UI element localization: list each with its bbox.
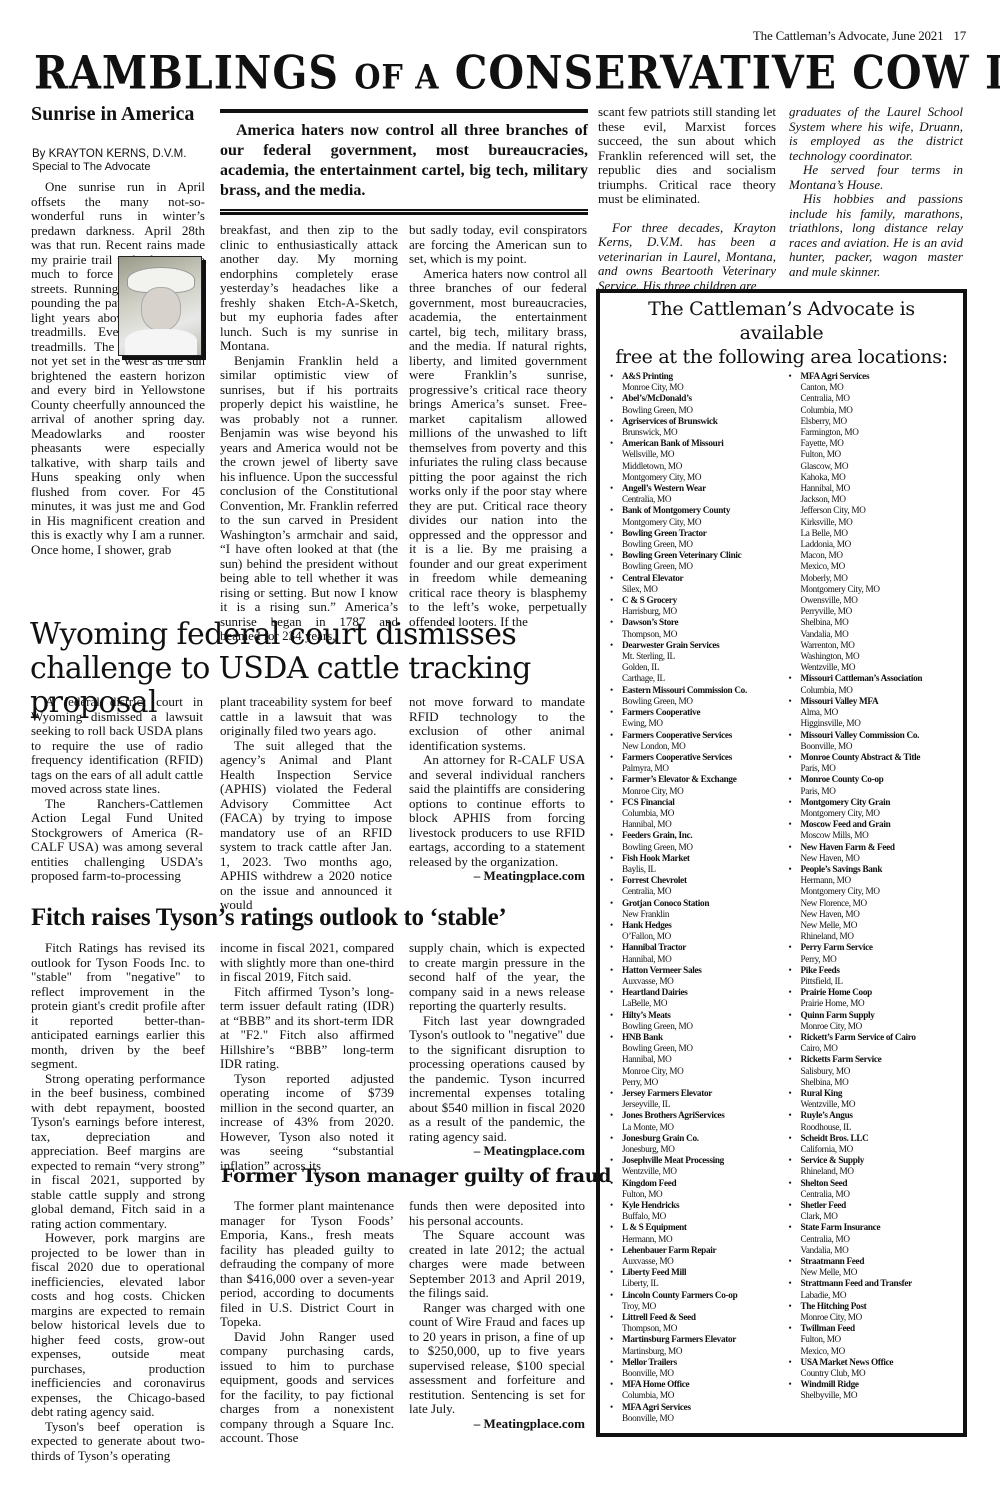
page-number: 17	[953, 28, 966, 43]
location-city: Troy, MO	[622, 1301, 777, 1312]
location-city: Thompson, MO	[622, 629, 777, 640]
location-name: Missouri Valley MFA	[801, 696, 956, 707]
location-name: Kyle Hendricks	[622, 1200, 777, 1211]
face-shape	[141, 287, 181, 331]
location-name: Forrest Chevrolet	[622, 875, 777, 886]
location-item: Angell’s Western WearCentralia, MO	[608, 483, 777, 505]
location-city: Wellsville, MO	[622, 449, 777, 460]
double-rule	[220, 209, 588, 215]
pull-quote-text: America haters now control all three bra…	[220, 121, 588, 201]
location-name: Ruyle’s Angus	[801, 1110, 956, 1121]
location-name: Jones Brothers AgriServices	[622, 1110, 777, 1121]
paragraph: His hobbies and passions include his fam…	[789, 192, 963, 279]
location-city: Buffalo, MO	[622, 1211, 777, 1222]
location-name: Bowling Green Tractor	[622, 528, 777, 539]
pull-quote: America haters now control all three bra…	[220, 109, 588, 215]
paragraph: Fitch Ratings has revised its outlook fo…	[31, 941, 205, 1072]
location-item: Hank HedgesO’Fallon, MO	[608, 920, 777, 942]
article-title: Sunrise in America	[31, 103, 194, 126]
location-name: Hannibal Tractor	[622, 942, 777, 953]
paragraph: graduates of the Laurel School System wh…	[789, 105, 963, 163]
location-city: Boonville, MO	[622, 1368, 777, 1379]
masthead-word: Cow	[852, 46, 969, 100]
location-city: Rhineland, MO	[801, 931, 956, 942]
location-item: Jersey Farmers ElevatorJerseyville, IL	[608, 1088, 777, 1110]
location-city: Boonville, MO	[801, 741, 956, 752]
article-credit: – Meatingplace.com	[409, 869, 585, 884]
location-item: Farmers Cooperative ServicesPalmyra, MO	[608, 752, 777, 774]
location-city: Bowling Green, MO	[622, 842, 777, 853]
location-item: Jones Brothers AgriServicesLa Monte, MO	[608, 1110, 777, 1132]
column-text-2: breakfast, and then zip to the clinic to…	[220, 223, 398, 644]
location-city: Wentzville, MO	[622, 1166, 777, 1177]
location-name: Liberty Feed Mill	[622, 1267, 777, 1278]
location-city: Monroe City, MO	[801, 1312, 956, 1323]
article-column: plant traceability system for beef cattl…	[220, 695, 392, 913]
location-city: Columbia, MO	[622, 808, 777, 819]
location-name: Central Elevator	[622, 573, 777, 584]
article-column: Fitch Ratings has revised its outlook fo…	[31, 941, 205, 1463]
location-city: Montgomery City, MO	[801, 584, 956, 595]
location-name: Kingdom Feed	[622, 1178, 777, 1189]
location-name: MFA Agri Services	[801, 371, 956, 382]
location-city: Columbia, MO	[801, 685, 956, 696]
location-name: Rural King	[801, 1088, 956, 1099]
column-text-1: One sunrise run in April offsets the man…	[31, 180, 205, 557]
location-name: Farmers Cooperative Services	[622, 752, 777, 763]
location-city: Ewing, MO	[622, 718, 777, 729]
location-item: Twillman FeedFulton, MOMexico, MO	[787, 1323, 956, 1357]
location-city: Monroe City, MO	[622, 1066, 777, 1077]
paragraph: Benjamin Franklin held a similar optimis…	[220, 354, 398, 644]
location-city: Silex, MO	[622, 584, 777, 595]
location-item: Straatmann FeedNew Melle, MO	[787, 1256, 956, 1278]
location-name: Prairie Home Coop	[801, 987, 956, 998]
location-city: Jonesburg, MO	[622, 1144, 777, 1155]
location-item: Jonesburg Grain Co.Jonesburg, MO	[608, 1133, 777, 1155]
location-item: MFA Home OfficeColumbia, MO	[608, 1379, 777, 1401]
shirt-shape	[125, 329, 197, 356]
column-text-4: scant few patriots still standing let th…	[598, 105, 776, 293]
locations-box: The Cattleman’s Advocate is available fr…	[596, 289, 967, 1437]
location-name: Windmill Ridge	[801, 1379, 956, 1390]
location-city: Bowling Green, MO	[622, 1021, 777, 1032]
location-city: New London, MO	[622, 741, 777, 752]
location-city: Fayette, MO	[801, 438, 956, 449]
paragraph: Tyson's beef operation is expected to ge…	[31, 1420, 205, 1464]
location-item: Lehenbauer Farm RepairAuxvasse, MO	[608, 1245, 777, 1267]
location-city: Jerseyville, IL	[622, 1099, 777, 1110]
location-city: Hannibal, MO	[801, 483, 956, 494]
article-column: A federal district court in Wyoming dism…	[31, 695, 203, 884]
location-name: Bowling Green Veterinary Clinic	[622, 550, 777, 561]
location-name: Missouri Cattleman’s Association	[801, 673, 956, 684]
location-city: Warrenton, MO	[801, 640, 956, 651]
paragraph: scant few patriots still standing let th…	[598, 105, 776, 207]
location-city: O’Fallon, MO	[622, 931, 777, 942]
location-item: Farmers CooperativeEwing, MO	[608, 707, 777, 729]
location-name: A&S Printing	[622, 371, 777, 382]
location-name: Jonesburg Grain Co.	[622, 1133, 777, 1144]
location-name: Angell’s Western Wear	[622, 483, 777, 494]
paragraph: but sadly today, evil conspirators are f…	[409, 223, 587, 267]
location-item: Agriservices of BrunswickBrunswick, MO	[608, 416, 777, 438]
location-item: Josephville Meat ProcessingWentzville, M…	[608, 1155, 777, 1177]
location-name: Feeders Grain, Inc.	[622, 830, 777, 841]
paragraph: Ranger was charged with one count of Wir…	[409, 1301, 585, 1417]
locations-title-line2: free at the following area locations:	[615, 346, 948, 368]
location-city: Auxvasse, MO	[622, 976, 777, 987]
location-name: New Haven Farm & Feed	[801, 842, 956, 853]
location-city: Fulton, MO	[801, 449, 956, 460]
paragraph: David John Ranger used company purchasin…	[220, 1330, 394, 1446]
location-name: Perry Farm Service	[801, 942, 956, 953]
location-name: Littrell Feed & Seed	[622, 1312, 777, 1323]
location-city: New Melle, MO	[801, 1267, 956, 1278]
location-item: Eastern Missouri Commission Co.Bowling G…	[608, 685, 777, 707]
location-city: Perryville, MO	[801, 606, 956, 617]
location-name: Fish Hook Market	[622, 853, 777, 864]
location-city: Boonville, MO	[622, 1413, 777, 1424]
author-bio-continued: graduates of the Laurel School System wh…	[789, 105, 963, 279]
location-item: Kingdom FeedFulton, MO	[608, 1178, 777, 1200]
location-item: Missouri Valley Commission Co.Boonville,…	[787, 730, 956, 752]
location-city: Country Club, MO	[801, 1368, 956, 1379]
location-city: Shelbina, MO	[801, 617, 956, 628]
location-city: La Belle, MO	[801, 528, 956, 539]
location-name: Mellor Trailers	[622, 1357, 777, 1368]
location-item: State Farm InsuranceCentralia, MOVandali…	[787, 1222, 956, 1256]
location-city: Alma, MO	[801, 707, 956, 718]
location-item: Bank of Montgomery CountyMontgomery City…	[608, 505, 777, 527]
location-name: Dawson’s Store	[622, 617, 777, 628]
location-city: Owensville, MO	[801, 595, 956, 606]
location-city: Centralia, MO	[801, 393, 956, 404]
location-city: Montgomery City, MO	[801, 808, 956, 819]
location-name: Lehenbauer Farm Repair	[622, 1245, 777, 1256]
location-city: Hannibal, MO	[622, 1054, 777, 1065]
location-city: Golden, IL	[622, 662, 777, 673]
location-item: C & S GroceryHarrisburg, MO	[608, 595, 777, 617]
location-item: Dearwester Grain ServicesMt. Sterling, I…	[608, 640, 777, 685]
location-city: Vandalia, MO	[801, 629, 956, 640]
location-name: Strattmann Feed and Transfer	[801, 1278, 956, 1289]
location-item: A&S PrintingMonroe City, MO	[608, 371, 777, 393]
masthead: Ramblings of a Conservative Cow Doctor	[34, 48, 946, 103]
location-city: Fulton, MO	[801, 1334, 956, 1345]
publication-date: The Cattleman’s Advocate, June 2021	[753, 28, 943, 43]
location-city: Canton, MO	[801, 382, 956, 393]
location-item: Fish Hook MarketBaylis, IL	[608, 853, 777, 875]
location-city: Labadie, MO	[801, 1290, 956, 1301]
paragraph: Strong operating performance in the beef…	[31, 1072, 205, 1232]
location-city: Monroe City, MO	[622, 382, 777, 393]
location-item: People’s Savings BankHermann, MOMontgome…	[787, 864, 956, 942]
article-column: supply chain, which is expected to creat…	[409, 941, 585, 1159]
location-city: Fulton, MO	[622, 1189, 777, 1200]
location-name: Lincoln County Farmers Co-op	[622, 1290, 777, 1301]
location-city: Centralia, MO	[622, 494, 777, 505]
location-city: Kahoka, MO	[801, 472, 956, 483]
location-item: Hatton Vermeer SalesAuxvasse, MO	[608, 965, 777, 987]
location-city: Columbia, MO	[801, 405, 956, 416]
location-item: Service & SupplyRhineland, MO	[787, 1155, 956, 1177]
location-name: Service & Supply	[801, 1155, 956, 1166]
paragraph: not move forward to mandate RFID technol…	[409, 695, 585, 753]
location-item: Abel’s/McDonald’sBowling Green, MO	[608, 393, 777, 415]
paragraph: supply chain, which is expected to creat…	[409, 941, 585, 1014]
paragraph: The suit alleged that the agency’s Anima…	[220, 739, 392, 913]
paragraph: One sunrise run in April offsets the man…	[31, 180, 205, 557]
location-item: Scheidt Bros. LLCCalifornia, MO	[787, 1133, 956, 1155]
location-item: Bowling Green TractorBowling Green, MO	[608, 528, 777, 550]
location-city: Centralia, MO	[801, 1234, 956, 1245]
paragraph: The former plant maintenance manager for…	[220, 1199, 394, 1330]
location-city: Centralia, MO	[801, 1189, 956, 1200]
location-name: Monroe County Abstract & Title	[801, 752, 956, 763]
location-city: Perry, MO	[801, 954, 956, 965]
location-item: Moscow Feed and GrainMoscow Mills, MO	[787, 819, 956, 841]
location-name: Ricketts Farm Service	[801, 1054, 956, 1065]
location-item: Quinn Farm SupplyMonroe City, MO	[787, 1010, 956, 1032]
location-city: Wentzville, MO	[801, 1099, 956, 1110]
location-name: State Farm Insurance	[801, 1222, 956, 1233]
paragraph: Fitch affirmed Tyson’s long-term issuer …	[220, 985, 394, 1072]
location-city: Jefferson City, MO	[801, 505, 956, 516]
location-city: Columbia, MO	[622, 1390, 777, 1401]
location-item: Hilty’s MeatsBowling Green, MO	[608, 1010, 777, 1032]
location-name: People’s Savings Bank	[801, 864, 956, 875]
location-city: California, MO	[801, 1144, 956, 1155]
location-city: Liberty, IL	[622, 1278, 777, 1289]
location-city: Harrisburg, MO	[622, 606, 777, 617]
masthead-word: of a	[354, 58, 439, 97]
location-name: Dearwester Grain Services	[622, 640, 777, 651]
location-item: Hannibal TractorHannibal, MO	[608, 942, 777, 964]
location-city: Martinsburg, MO	[622, 1346, 777, 1357]
location-item: USA Market News OfficeCountry Club, MO	[787, 1357, 956, 1379]
location-city: Vandalia, MO	[801, 1245, 956, 1256]
location-city: Hermann, MO	[622, 1234, 777, 1245]
location-item: Windmill RidgeShelbyville, MO	[787, 1379, 956, 1401]
location-city: Washington, MO	[801, 651, 956, 662]
column-text-3: but sadly today, evil conspirators are f…	[409, 223, 587, 629]
location-name: Straatmann Feed	[801, 1256, 956, 1267]
location-name: L & S Equipment	[622, 1222, 777, 1233]
article-title: Fitch raises Tyson’s ratings outlook to …	[31, 904, 506, 932]
location-city: New Haven, MO	[801, 853, 956, 864]
location-name: Hilty’s Meats	[622, 1010, 777, 1021]
locations-title: The Cattleman’s Advocate is available fr…	[608, 297, 955, 369]
article-title: Former Tyson manager guilty of fraud	[221, 1165, 611, 1187]
location-item: HNB BankBowling Green, MOHannibal, MOMon…	[608, 1032, 777, 1088]
location-item: Rickett’s Farm Service of CairoCairo, MO	[787, 1032, 956, 1054]
paragraph: The Ranchers-Cattlemen Action Legal Fund…	[31, 797, 203, 884]
location-item: American Bank of MissouriWellsville, MOM…	[608, 438, 777, 483]
location-city: Hannibal, MO	[622, 819, 777, 830]
paragraph: The Square account was created in late 2…	[409, 1228, 585, 1301]
paragraph: funds then were deposited into his perso…	[409, 1199, 585, 1228]
location-item: Dawson’s StoreThompson, MO	[608, 617, 777, 639]
location-name: Shelton Seed	[801, 1178, 956, 1189]
location-city: Bowling Green, MO	[622, 561, 777, 572]
location-item: Liberty Feed MillLiberty, IL	[608, 1267, 777, 1289]
location-city: Bowling Green, MO	[622, 1043, 777, 1054]
paragraph: An attorney for R-CALF USA and several i…	[409, 753, 585, 869]
location-name: Quinn Farm Supply	[801, 1010, 956, 1021]
byline-sub: Special to The Advocate	[32, 161, 186, 174]
location-name: Grotjan Conoco Station	[622, 898, 777, 909]
location-item: Mellor TrailersBoonville, MO	[608, 1357, 777, 1379]
location-city: Shelbyville, MO	[801, 1390, 956, 1401]
location-city: New Franklin	[622, 909, 777, 920]
location-item: Pike FeedsPittsfield, IL	[787, 965, 956, 987]
location-item: Grotjan Conoco StationNew Franklin	[608, 898, 777, 920]
location-city: Farmington, MO	[801, 427, 956, 438]
location-city: New Haven, MO	[801, 909, 956, 920]
paragraph: A federal district court in Wyoming dism…	[31, 695, 203, 797]
location-item: Bowling Green Veterinary ClinicBowling G…	[608, 550, 777, 572]
location-name: Martinsburg Farmers Elevator	[622, 1334, 777, 1345]
location-city: Hannibal, MO	[622, 954, 777, 965]
location-item: Rural KingWentzville, MO	[787, 1088, 956, 1110]
location-city: La Monte, MO	[622, 1122, 777, 1133]
article-credit: – Meatingplace.com	[409, 1144, 585, 1159]
location-item: Martinsburg Farmers ElevatorMartinsburg,…	[608, 1334, 777, 1356]
masthead-word: Conservative	[455, 46, 837, 100]
location-city: Clark, MO	[801, 1211, 956, 1222]
location-name: Rickett’s Farm Service of Cairo	[801, 1032, 956, 1043]
location-item: FCS FinancialColumbia, MOHannibal, MO	[608, 797, 777, 831]
location-name: Pike Feeds	[801, 965, 956, 976]
locations-list-left: A&S PrintingMonroe City, MOAbel’s/McDona…	[608, 371, 777, 1424]
locations-columns: A&S PrintingMonroe City, MOAbel’s/McDona…	[608, 371, 955, 1424]
location-city: Elsberry, MO	[801, 416, 956, 427]
location-name: The Hitching Post	[801, 1301, 956, 1312]
location-item: Ruyle’s AngusRoodhouse, IL	[787, 1110, 956, 1132]
running-head: The Cattleman’s Advocate, June 202117	[753, 28, 966, 44]
location-name: Jersey Farmers Elevator	[622, 1088, 777, 1099]
location-name: Moscow Feed and Grain	[801, 819, 956, 830]
location-city: Montgomery City, MO	[622, 472, 777, 483]
location-city: Cairo, MO	[801, 1043, 956, 1054]
location-city: Mt. Sterling, IL	[622, 651, 777, 662]
location-city: Paris, MO	[801, 786, 956, 797]
location-city: Montgomery City, MO	[801, 886, 956, 897]
location-name: American Bank of Missouri	[622, 438, 777, 449]
location-item: Perry Farm ServicePerry, MO	[787, 942, 956, 964]
location-item: Lincoln County Farmers Co-opTroy, MO	[608, 1290, 777, 1312]
location-name: FCS Financial	[622, 797, 777, 808]
location-name: Montgomery City Grain	[801, 797, 956, 808]
location-city: Palmyra, MO	[622, 763, 777, 774]
location-city: Kirksville, MO	[801, 517, 956, 528]
location-city: Thompson, MO	[622, 1323, 777, 1334]
location-name: Abel’s/McDonald’s	[622, 393, 777, 404]
location-name: Twillman Feed	[801, 1323, 956, 1334]
paragraph: breakfast, and then zip to the clinic to…	[220, 223, 398, 354]
location-city: Salisbury, MO	[801, 1066, 956, 1077]
location-city: Monroe City, MO	[801, 1021, 956, 1032]
locations-list-right: MFA Agri ServicesCanton, MOCentralia, MO…	[787, 371, 956, 1424]
location-name: Scheidt Bros. LLC	[801, 1133, 956, 1144]
location-item: Montgomery City GrainMontgomery City, MO	[787, 797, 956, 819]
location-city: Roodhouse, IL	[801, 1122, 956, 1133]
location-city: Montgomery City, MO	[622, 517, 777, 528]
location-city: New Florence, MO	[801, 898, 956, 909]
location-city: Baylis, IL	[622, 864, 777, 875]
location-name: Agriservices of Brunswick	[622, 416, 777, 427]
location-city: Paris, MO	[801, 763, 956, 774]
location-city: Pittsfield, IL	[801, 976, 956, 987]
location-name: Monroe County Co-op	[801, 774, 956, 785]
location-name: Hank Hedges	[622, 920, 777, 931]
location-item: Monroe County Abstract & TitleParis, MO	[787, 752, 956, 774]
location-item: Ricketts Farm ServiceSalisbury, MOShelbi…	[787, 1054, 956, 1088]
location-name: Eastern Missouri Commission Co.	[622, 685, 777, 696]
location-city: Auxvasse, MO	[622, 1256, 777, 1267]
location-city: Carthage, IL	[622, 673, 777, 684]
location-city: Laddonia, MO	[801, 539, 956, 550]
location-name: Missouri Valley Commission Co.	[801, 730, 956, 741]
location-city: Perry, MO	[622, 1077, 777, 1088]
location-city: New Melle, MO	[801, 920, 956, 931]
article-credit: – Meatingplace.com	[409, 1417, 585, 1432]
paragraph: plant traceability system for beef cattl…	[220, 695, 392, 739]
location-city: Jackson, MO	[801, 494, 956, 505]
location-name: Shetler Feed	[801, 1200, 956, 1211]
location-city: Moscow Mills, MO	[801, 830, 956, 841]
article-column: The former plant maintenance manager for…	[220, 1199, 394, 1446]
location-city: Rhineland, MO	[801, 1166, 956, 1177]
location-city: Wentzville, MO	[801, 662, 956, 673]
location-city: Shelbina, MO	[801, 1077, 956, 1088]
location-item: Shetler FeedClark, MO	[787, 1200, 956, 1222]
article-column: income in fiscal 2021, compared with sli…	[220, 941, 394, 1173]
location-item: MFA Agri ServicesBoonville, MO	[608, 1402, 777, 1424]
location-city: Prairie Home, MO	[801, 998, 956, 1009]
location-city: Mexico, MO	[801, 1346, 956, 1357]
location-item: Heartland DairiesLaBelle, MO	[608, 987, 777, 1009]
article-column: funds then were deposited into his perso…	[409, 1199, 585, 1431]
location-item: The Hitching PostMonroe City, MO	[787, 1301, 956, 1323]
location-city: Mexico, MO	[801, 561, 956, 572]
location-item: Farmers Cooperative ServicesNew London, …	[608, 730, 777, 752]
author-bio: For three decades, Krayton Kerns, D.V.M.…	[598, 221, 776, 294]
location-item: Forrest ChevroletCentralia, MO	[608, 875, 777, 897]
location-name: Heartland Dairies	[622, 987, 777, 998]
paragraph: However, pork margins are projected to b…	[31, 1231, 205, 1420]
location-item: Prairie Home CoopPrairie Home, MO	[787, 987, 956, 1009]
location-city: Bowling Green, MO	[622, 539, 777, 550]
paragraph: America haters now control all three bra…	[409, 267, 587, 630]
location-name: Hatton Vermeer Sales	[622, 965, 777, 976]
masthead-word: Doctor	[985, 46, 1000, 100]
locations-title-line1: The Cattleman’s Advocate is available	[648, 298, 915, 344]
paragraph: income in fiscal 2021, compared with sli…	[220, 941, 394, 985]
location-name: Josephville Meat Processing	[622, 1155, 777, 1166]
paragraph: Fitch last year downgraded Tyson's outlo…	[409, 1014, 585, 1145]
location-item: Kyle HendricksBuffalo, MO	[608, 1200, 777, 1222]
location-name: MFA Agri Services	[622, 1402, 777, 1413]
author-photo	[118, 256, 202, 356]
location-item: Central ElevatorSilex, MO	[608, 573, 777, 595]
location-item: L & S EquipmentHermann, MO	[608, 1222, 777, 1244]
paragraph: He served four terms in Montana’s House.	[789, 163, 963, 192]
location-item: Farmer’s Elevator & ExchangeMonroe City,…	[608, 774, 777, 796]
location-city: LaBelle, MO	[622, 998, 777, 1009]
masthead-word: Ramblings	[34, 46, 339, 100]
